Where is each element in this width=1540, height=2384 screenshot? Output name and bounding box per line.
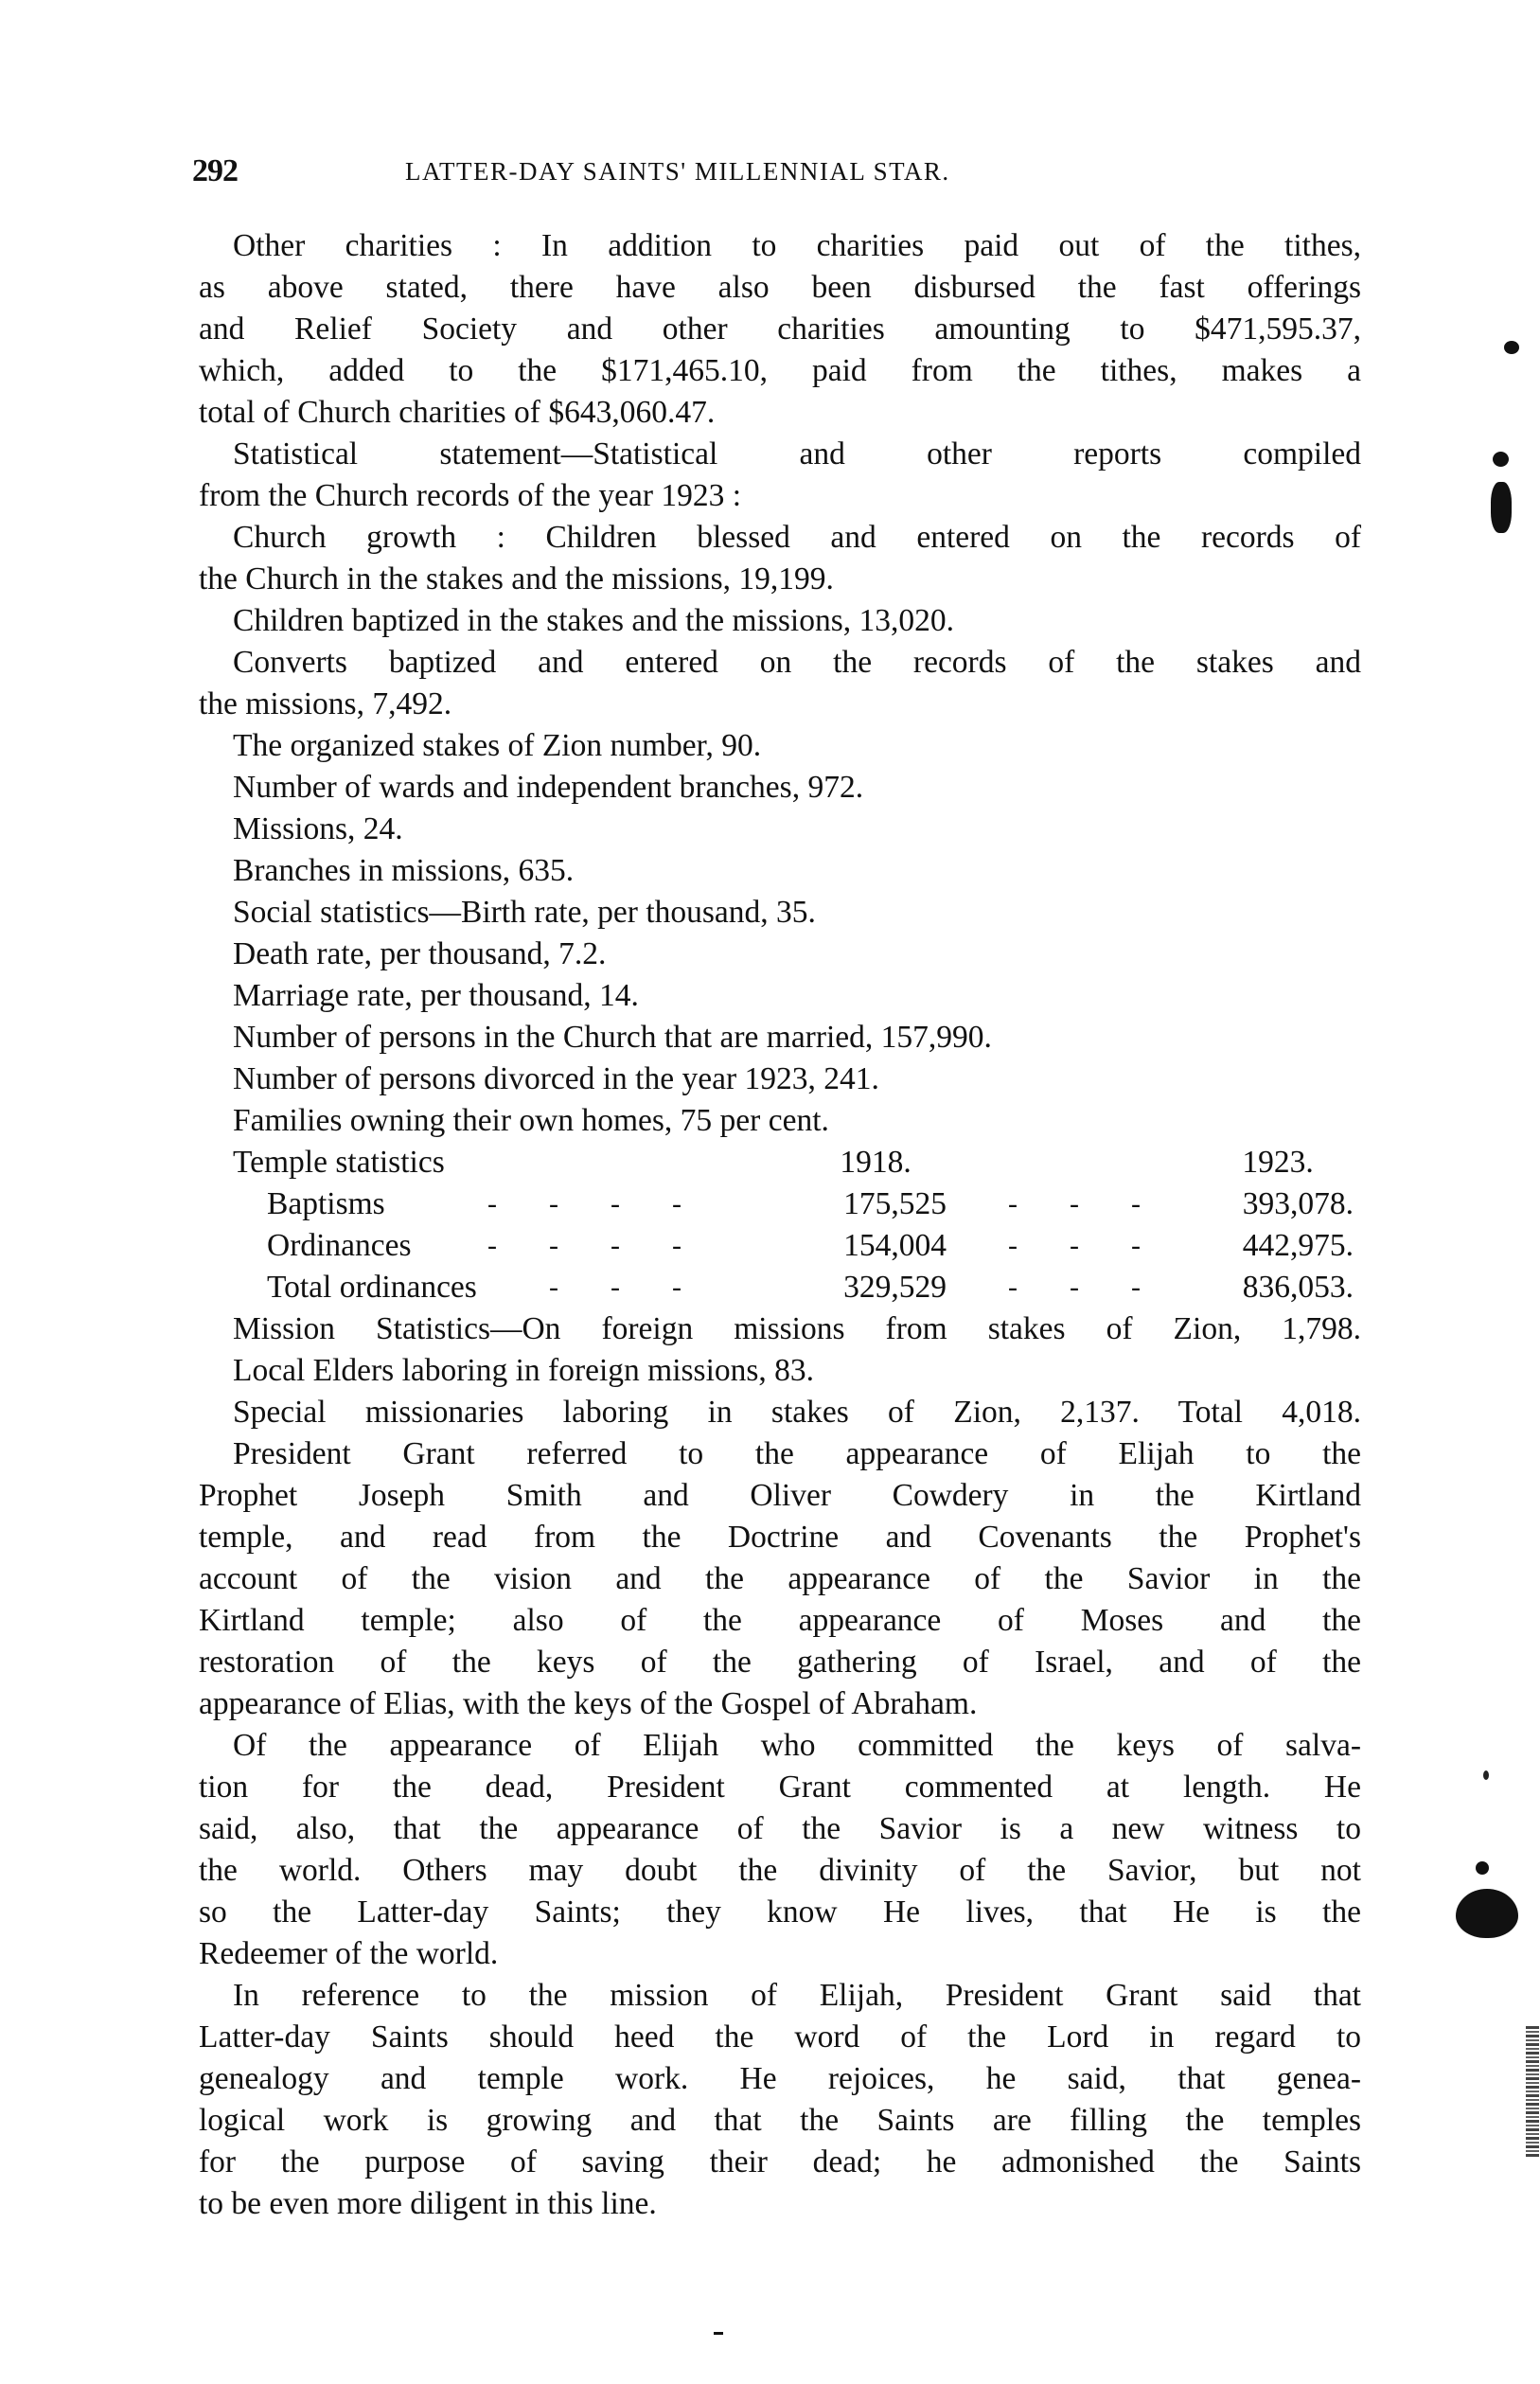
- footer-mark: [714, 2332, 723, 2335]
- page-header: 292 LATTER-DAY SAINTS' MILLENNIAL STAR.: [192, 153, 1366, 201]
- paragraph-keys-line: Redeemer of the world.: [199, 1935, 1361, 1973]
- leader-dash: -: [549, 1269, 558, 1307]
- mission-stat-line: Local Elders laboring in foreign mission…: [233, 1352, 1361, 1390]
- column-header-1923: 1923.: [1202, 1144, 1354, 1182]
- paragraph-genealogy-line: for the purpose of saving their dead; he…: [199, 2144, 1361, 2181]
- scan-edge-noise: [1526, 2026, 1539, 2159]
- leader-dash: -: [611, 1227, 620, 1265]
- leader-dash: -: [1070, 1227, 1079, 1265]
- stat-line: Families owning their own homes, 75 per …: [233, 1102, 1361, 1140]
- table-header-row: Temple statistics 1918. 1923.: [199, 1144, 1361, 1182]
- leader-dash: -: [1070, 1269, 1079, 1307]
- leader-dash: -: [1131, 1185, 1141, 1223]
- value-1923: 393,078.: [1202, 1185, 1354, 1223]
- paragraph-elijah-line: temple, and read from the Doctrine and C…: [199, 1519, 1361, 1557]
- paragraph-elijah-line: President Grant referred to the appearan…: [233, 1435, 1361, 1473]
- mission-stat-line: Mission Statistics—On foreign missions f…: [233, 1310, 1361, 1348]
- mission-stat-line: Special missionaries laboring in stakes …: [233, 1394, 1361, 1432]
- paragraph-other-charities-line: as above stated, there have also been di…: [199, 269, 1361, 307]
- stat-line: Marriage rate, per thousand, 14.: [233, 977, 1361, 1015]
- leader-dash: -: [549, 1227, 558, 1265]
- leader-dash: -: [1008, 1185, 1018, 1223]
- paragraph-children-baptized: Children baptized in the stakes and the …: [233, 602, 1361, 640]
- stat-line: Number of persons divorced in the year 1…: [233, 1060, 1361, 1098]
- paragraph-other-charities-line: which, added to the $171,465.10, paid fr…: [199, 352, 1361, 390]
- column-header-1918: 1918.: [805, 1144, 947, 1182]
- stat-line: Missions, 24.: [233, 810, 1361, 848]
- paragraph-genealogy-line: to be even more diligent in this line.: [199, 2185, 1361, 2223]
- paragraph-elijah-line: Kirtland temple; also of the appearance …: [199, 1602, 1361, 1640]
- ink-spot-decoration: [1456, 1889, 1518, 1938]
- paragraph-keys-line: said, also, that the appearance of the S…: [199, 1810, 1361, 1848]
- leader-dash: -: [672, 1269, 681, 1307]
- leader-dash: -: [1008, 1227, 1018, 1265]
- paragraph-genealogy-line: In reference to the mission of Elijah, P…: [233, 1977, 1361, 2015]
- leader-dash: -: [672, 1185, 681, 1223]
- value-1918: 154,004: [805, 1227, 947, 1265]
- value-1923: 442,975.: [1202, 1227, 1354, 1265]
- stat-line: Death rate, per thousand, 7.2.: [233, 935, 1361, 973]
- book-page: 292 LATTER-DAY SAINTS' MILLENNIAL STAR. …: [0, 0, 1540, 2384]
- table-row: Ordinances - - - - 154,004 - - - 442,975…: [199, 1227, 1361, 1265]
- ink-spot-decoration: [1483, 1770, 1489, 1780]
- paragraph-genealogy-line: Latter-day Saints should heed the word o…: [199, 2019, 1361, 2056]
- paragraph-elijah-line: account of the vision and the appearance…: [199, 1560, 1361, 1598]
- paragraph-elijah-line: Prophet Joseph Smith and Oliver Cowdery …: [199, 1477, 1361, 1515]
- stat-line: Branches in missions, 635.: [233, 852, 1361, 890]
- table-title: Temple statistics: [233, 1144, 445, 1182]
- paragraph-elijah-line: restoration of the keys of the gathering…: [199, 1644, 1361, 1681]
- leader-dash: -: [1070, 1185, 1079, 1223]
- row-label: Baptisms: [267, 1185, 385, 1223]
- paragraph-church-growth-line: Church growth : Children blessed and ent…: [233, 519, 1361, 557]
- paragraph-converts-line: Converts baptized and entered on the rec…: [233, 644, 1361, 682]
- leader-dash: -: [487, 1227, 497, 1265]
- leader-dash: -: [487, 1185, 497, 1223]
- leader-dash: -: [1131, 1227, 1141, 1265]
- paragraph-other-charities-line: Other charities : In addition to chariti…: [233, 227, 1361, 265]
- stat-line: The organized stakes of Zion number, 90.: [233, 727, 1361, 765]
- table-row: Total ordinances - - - 329,529 - - - 836…: [199, 1269, 1361, 1307]
- ink-spot-decoration: [1504, 341, 1519, 354]
- leader-dash: -: [549, 1185, 558, 1223]
- paragraph-genealogy-line: genealogy and temple work. He rejoices, …: [199, 2060, 1361, 2098]
- paragraph-keys-line: tion for the dead, President Grant comme…: [199, 1769, 1361, 1806]
- paragraph-keys-line: Of the appearance of Elijah who committe…: [233, 1727, 1361, 1765]
- leader-dash: -: [672, 1227, 681, 1265]
- paragraph-elijah-line: appearance of Elias, with the keys of th…: [199, 1685, 1361, 1723]
- paragraph-converts-line: the missions, 7,492.: [199, 685, 1361, 723]
- value-1918: 175,525: [805, 1185, 947, 1223]
- ink-spot-decoration: [1493, 452, 1509, 467]
- page-number: 292: [192, 153, 238, 189]
- paragraph-church-growth-line: the Church in the stakes and the mission…: [199, 560, 1361, 598]
- paragraph-keys-line: the world. Others may doubt the divinity…: [199, 1852, 1361, 1890]
- running-title: LATTER-DAY SAINTS' MILLENNIAL STAR.: [405, 157, 950, 187]
- row-label: Total ordinances: [267, 1269, 477, 1307]
- value-1923: 836,053.: [1202, 1269, 1354, 1307]
- leader-dash: -: [611, 1269, 620, 1307]
- row-label: Ordinances: [267, 1227, 412, 1265]
- stat-line: Social statistics—Birth rate, per thousa…: [233, 894, 1361, 932]
- paragraph-other-charities-line: and Relief Society and other charities a…: [199, 311, 1361, 348]
- paragraph-keys-line: so the Latter-day Saints; they know He l…: [199, 1894, 1361, 1931]
- value-1918: 329,529: [805, 1269, 947, 1307]
- paragraph-other-charities-line: total of Church charities of $643,060.47…: [199, 394, 1361, 432]
- leader-dash: -: [1008, 1269, 1018, 1307]
- paragraph-statistical-statement-line: Statistical statement—Statistical and ot…: [233, 436, 1361, 473]
- paragraph-statistical-statement-line: from the Church records of the year 1923…: [199, 477, 1361, 515]
- leader-dash: -: [1131, 1269, 1141, 1307]
- leader-dash: -: [611, 1185, 620, 1223]
- table-row: Baptisms - - - - 175,525 - - - 393,078.: [199, 1185, 1361, 1223]
- ink-spot-decoration: [1476, 1861, 1489, 1875]
- paragraph-genealogy-line: logical work is growing and that the Sai…: [199, 2102, 1361, 2140]
- stat-line: Number of wards and independent branches…: [233, 769, 1361, 807]
- ink-spot-decoration: [1491, 482, 1512, 533]
- stat-line: Number of persons in the Church that are…: [233, 1019, 1361, 1057]
